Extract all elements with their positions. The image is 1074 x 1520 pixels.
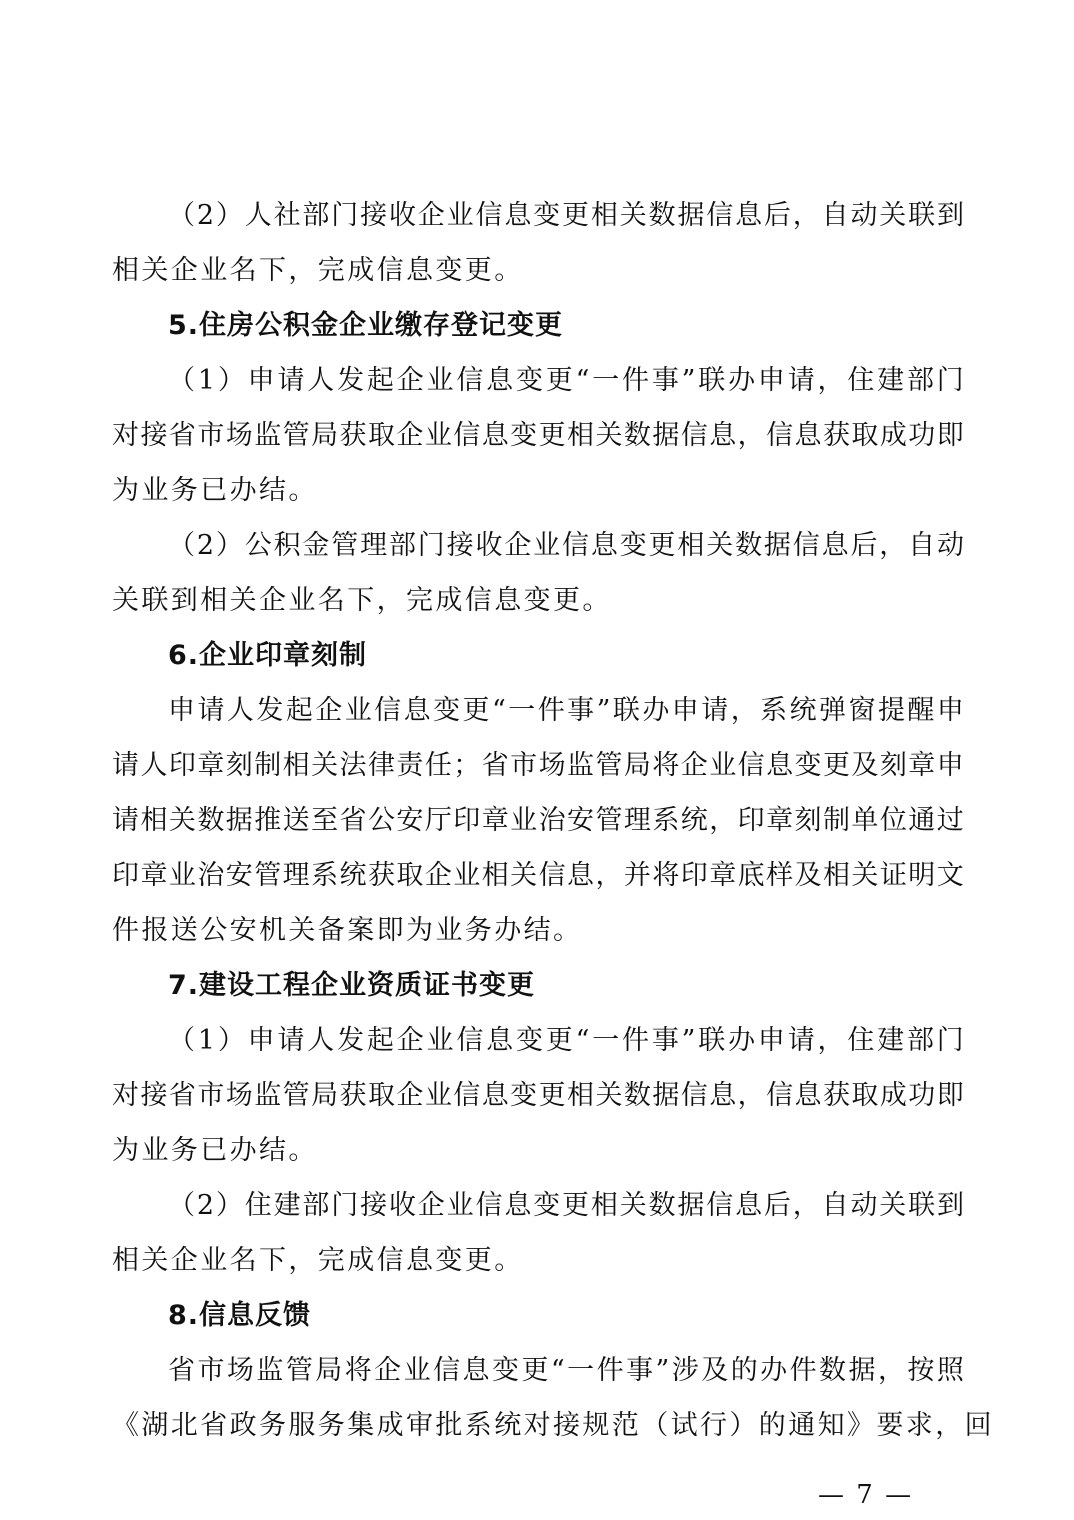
text-line: 件报送公安机关备案即为业务办结。 [112,903,964,958]
text-line: 对接省市场监管局获取企业信息变更相关数据信息，信息获取成功即 [112,1068,964,1123]
body-paragraph: （2）人社部门接收企业信息变更相关数据信息后，自动关联到相关企业名下，完成信息变… [112,188,964,298]
body-paragraph: 申请人发起企业信息变更“一件事”联办申请，系统弹窗提醒申请人印章刻制相关法律责任… [112,683,964,958]
text-line: （2）公积金管理部门接收企业信息变更相关数据信息后，自动 [112,518,964,573]
section-heading: 7.建设工程企业资质证书变更 [112,958,964,1013]
body-paragraph: 省市场监管局将企业信息变更“一件事”涉及的办件数据，按照《湖北省政务服务集成审批… [112,1343,964,1453]
text-line: （1）申请人发起企业信息变更“一件事”联办申请，住建部门 [112,1013,964,1068]
text-line: （1）申请人发起企业信息变更“一件事”联办申请，住建部门 [112,353,964,408]
text-line: 关联到相关企业名下，完成信息变更。 [112,573,964,628]
document-page: （2）人社部门接收企业信息变更相关数据信息后，自动关联到相关企业名下，完成信息变… [112,188,964,1453]
text-line: 相关企业名下，完成信息变更。 [112,1233,964,1288]
body-paragraph: （1）申请人发起企业信息变更“一件事”联办申请，住建部门对接省市场监管局获取企业… [112,1013,964,1178]
text-line: 省市场监管局将企业信息变更“一件事”涉及的办件数据，按照 [112,1343,964,1398]
text-line: 请相关数据推送至省公安厅印章业治安管理系统，印章刻制单位通过 [112,793,964,848]
text-line: 相关企业名下，完成信息变更。 [112,243,964,298]
page-number: — 7 — [818,1480,913,1510]
text-line: 请人印章刻制相关法律责任；省市场监管局将企业信息变更及刻章申 [112,738,964,793]
body-paragraph: （2）公积金管理部门接收企业信息变更相关数据信息后，自动关联到相关企业名下，完成… [112,518,964,628]
text-line: （2）住建部门接收企业信息变更相关数据信息后，自动关联到 [112,1178,964,1233]
text-line: 申请人发起企业信息变更“一件事”联办申请，系统弹窗提醒申 [112,683,964,738]
text-line: （2）人社部门接收企业信息变更相关数据信息后，自动关联到 [112,188,964,243]
text-line: 《湖北省政务服务集成审批系统对接规范（试行）的通知》要求，回 [112,1398,964,1453]
body-paragraph: （1）申请人发起企业信息变更“一件事”联办申请，住建部门对接省市场监管局获取企业… [112,353,964,518]
text-line: 印章业治安管理系统获取企业相关信息，并将印章底样及相关证明文 [112,848,964,903]
text-line: 为业务已办结。 [112,1123,964,1178]
section-heading: 8.信息反馈 [112,1288,964,1343]
text-line: 为业务已办结。 [112,463,964,518]
body-paragraph: （2）住建部门接收企业信息变更相关数据信息后，自动关联到相关企业名下，完成信息变… [112,1178,964,1288]
text-line: 对接省市场监管局获取企业信息变更相关数据信息，信息获取成功即 [112,408,964,463]
section-heading: 6.企业印章刻制 [112,628,964,683]
section-heading: 5.住房公积金企业缴存登记变更 [112,298,964,353]
